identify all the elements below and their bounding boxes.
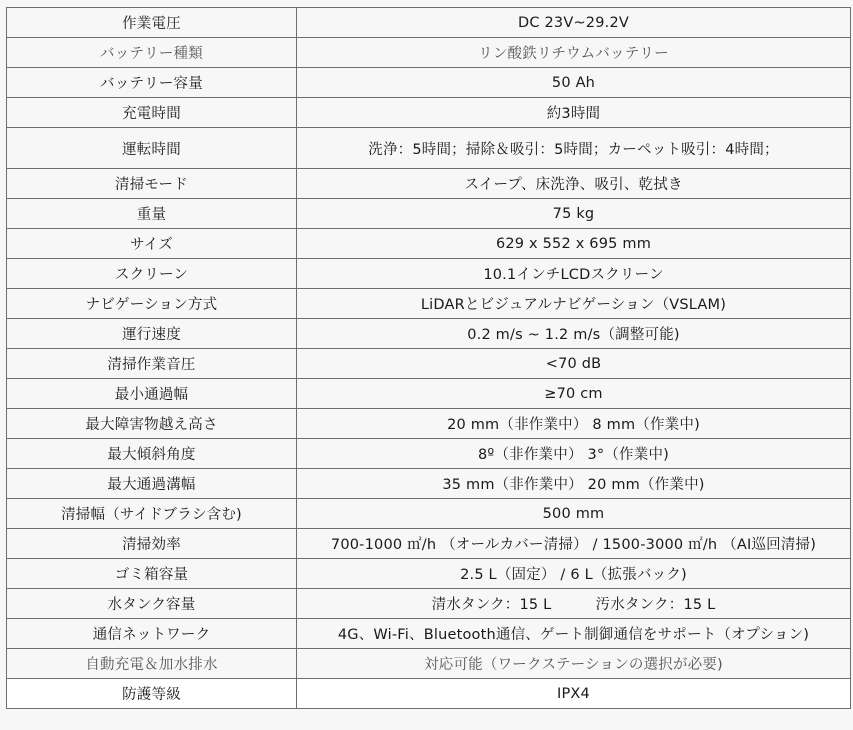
spec-value: 4G、Wi-Fi、Bluetooth通信、ゲート制御通信をサポート（オプション) [297, 619, 851, 649]
spec-label: 清掃作業音圧 [7, 349, 297, 379]
spec-label: 清掃幅（サイドブラシ含む) [7, 499, 297, 529]
spec-value: 629 x 552 x 695 mm [297, 229, 851, 259]
spec-value: DC 23V~29.2V [297, 8, 851, 38]
spec-label: 水タンク容量 [7, 589, 297, 619]
spec-value: ≥70 cm [297, 379, 851, 409]
spec-table: 作業電圧 DC 23V~29.2V バッテリー種類 リン酸鉄リチウムバッテリー … [6, 7, 851, 709]
spec-label: 重量 [7, 199, 297, 229]
spec-label: 自動充電＆加水排水 [7, 649, 297, 679]
spec-label: 防護等級 [7, 679, 297, 709]
spec-label: バッテリー容量 [7, 68, 297, 98]
spec-row-max-slope: 最大傾斜角度 8º（非作業中） 3°（作業中) [7, 439, 851, 469]
spec-value: IPX4 [297, 679, 851, 709]
spec-row-screen: スクリーン 10.1インチLCDスクリーン [7, 259, 851, 289]
spec-value: 約3時間 [297, 98, 851, 128]
spec-label: 運行速度 [7, 319, 297, 349]
spec-value: 75 kg [297, 199, 851, 229]
spec-row-min-passage-width: 最小通過幅 ≥70 cm [7, 379, 851, 409]
spec-label: 運転時間 [7, 128, 297, 169]
spec-value: 35 mm（非作業中） 20 mm（作業中) [297, 469, 851, 499]
spec-label: ゴミ箱容量 [7, 559, 297, 589]
spec-row-noise: 清掃作業音圧 <70 dB [7, 349, 851, 379]
spec-value: 洗浄：5時間；掃除＆吸引：5時間；カーペット吸引：4時間； [297, 128, 851, 169]
spec-label: 最小通過幅 [7, 379, 297, 409]
spec-row-battery-capacity: バッテリー容量 50 Ah [7, 68, 851, 98]
spec-label: 最大通過溝幅 [7, 469, 297, 499]
spec-row-battery-type: バッテリー種類 リン酸鉄リチウムバッテリー [7, 38, 851, 68]
spec-row-network: 通信ネットワーク 4G、Wi-Fi、Bluetooth通信、ゲート制御通信をサポ… [7, 619, 851, 649]
spec-value: 10.1インチLCDスクリーン [297, 259, 851, 289]
spec-row-max-obstacle-height: 最大障害物越え高さ 20 mm（非作業中） 8 mm（作業中) [7, 409, 851, 439]
spec-label: 最大障害物越え高さ [7, 409, 297, 439]
spec-row-navigation: ナビゲーション方式 LiDARとビジュアルナビゲーション（VSLAM) [7, 289, 851, 319]
spec-row-weight: 重量 75 kg [7, 199, 851, 229]
spec-value: スイープ、床洗浄、吸引、乾拭き [297, 169, 851, 199]
spec-value: 700-1000 ㎡/h （オールカバー清掃） / 1500-3000 ㎡/h … [297, 529, 851, 559]
spec-row-charging-time: 充電時間 約3時間 [7, 98, 851, 128]
spec-row-size: サイズ 629 x 552 x 695 mm [7, 229, 851, 259]
spec-label: バッテリー種類 [7, 38, 297, 68]
spec-value: 清水タンク：15 L 汚水タンク：15 L [297, 589, 851, 619]
spec-row-auto-charging: 自動充電＆加水排水 対応可能（ワークステーションの選択が必要) [7, 649, 851, 679]
spec-label: 充電時間 [7, 98, 297, 128]
spec-row-run-time: 運転時間 洗浄：5時間；掃除＆吸引：5時間；カーペット吸引：4時間； [7, 128, 851, 169]
spec-row-speed: 運行速度 0.2 m/s ~ 1.2 m/s（調整可能) [7, 319, 851, 349]
spec-value: リン酸鉄リチウムバッテリー [297, 38, 851, 68]
spec-value: 20 mm（非作業中） 8 mm（作業中) [297, 409, 851, 439]
spec-value: <70 dB [297, 349, 851, 379]
spec-value: 2.5 L（固定） / 6 L（拡張バック) [297, 559, 851, 589]
spec-label: 通信ネットワーク [7, 619, 297, 649]
spec-label: 最大傾斜角度 [7, 439, 297, 469]
spec-value: 対応可能（ワークステーションの選択が必要) [297, 649, 851, 679]
spec-row-cleaning-width: 清掃幅（サイドブラシ含む) 500 mm [7, 499, 851, 529]
spec-value: 0.2 m/s ~ 1.2 m/s（調整可能) [297, 319, 851, 349]
spec-row-operating-voltage: 作業電圧 DC 23V~29.2V [7, 8, 851, 38]
spec-value: 50 Ah [297, 68, 851, 98]
spec-value: 500 mm [297, 499, 851, 529]
spec-row-cleaning-modes: 清掃モード スイープ、床洗浄、吸引、乾拭き [7, 169, 851, 199]
spec-row-protection-rating: 防護等級 IPX4 [7, 679, 851, 709]
spec-row-water-tank: 水タンク容量 清水タンク：15 L 汚水タンク：15 L [7, 589, 851, 619]
spec-value: LiDARとビジュアルナビゲーション（VSLAM) [297, 289, 851, 319]
spec-value: 8º（非作業中） 3°（作業中) [297, 439, 851, 469]
spec-label: スクリーン [7, 259, 297, 289]
spec-row-max-gap-width: 最大通過溝幅 35 mm（非作業中） 20 mm（作業中) [7, 469, 851, 499]
spec-row-cleaning-efficiency: 清掃効率 700-1000 ㎡/h （オールカバー清掃） / 1500-3000… [7, 529, 851, 559]
spec-row-dustbin-capacity: ゴミ箱容量 2.5 L（固定） / 6 L（拡張バック) [7, 559, 851, 589]
spec-label: ナビゲーション方式 [7, 289, 297, 319]
spec-label: 作業電圧 [7, 8, 297, 38]
spec-label: 清掃効率 [7, 529, 297, 559]
spec-label: 清掃モード [7, 169, 297, 199]
spec-label: サイズ [7, 229, 297, 259]
